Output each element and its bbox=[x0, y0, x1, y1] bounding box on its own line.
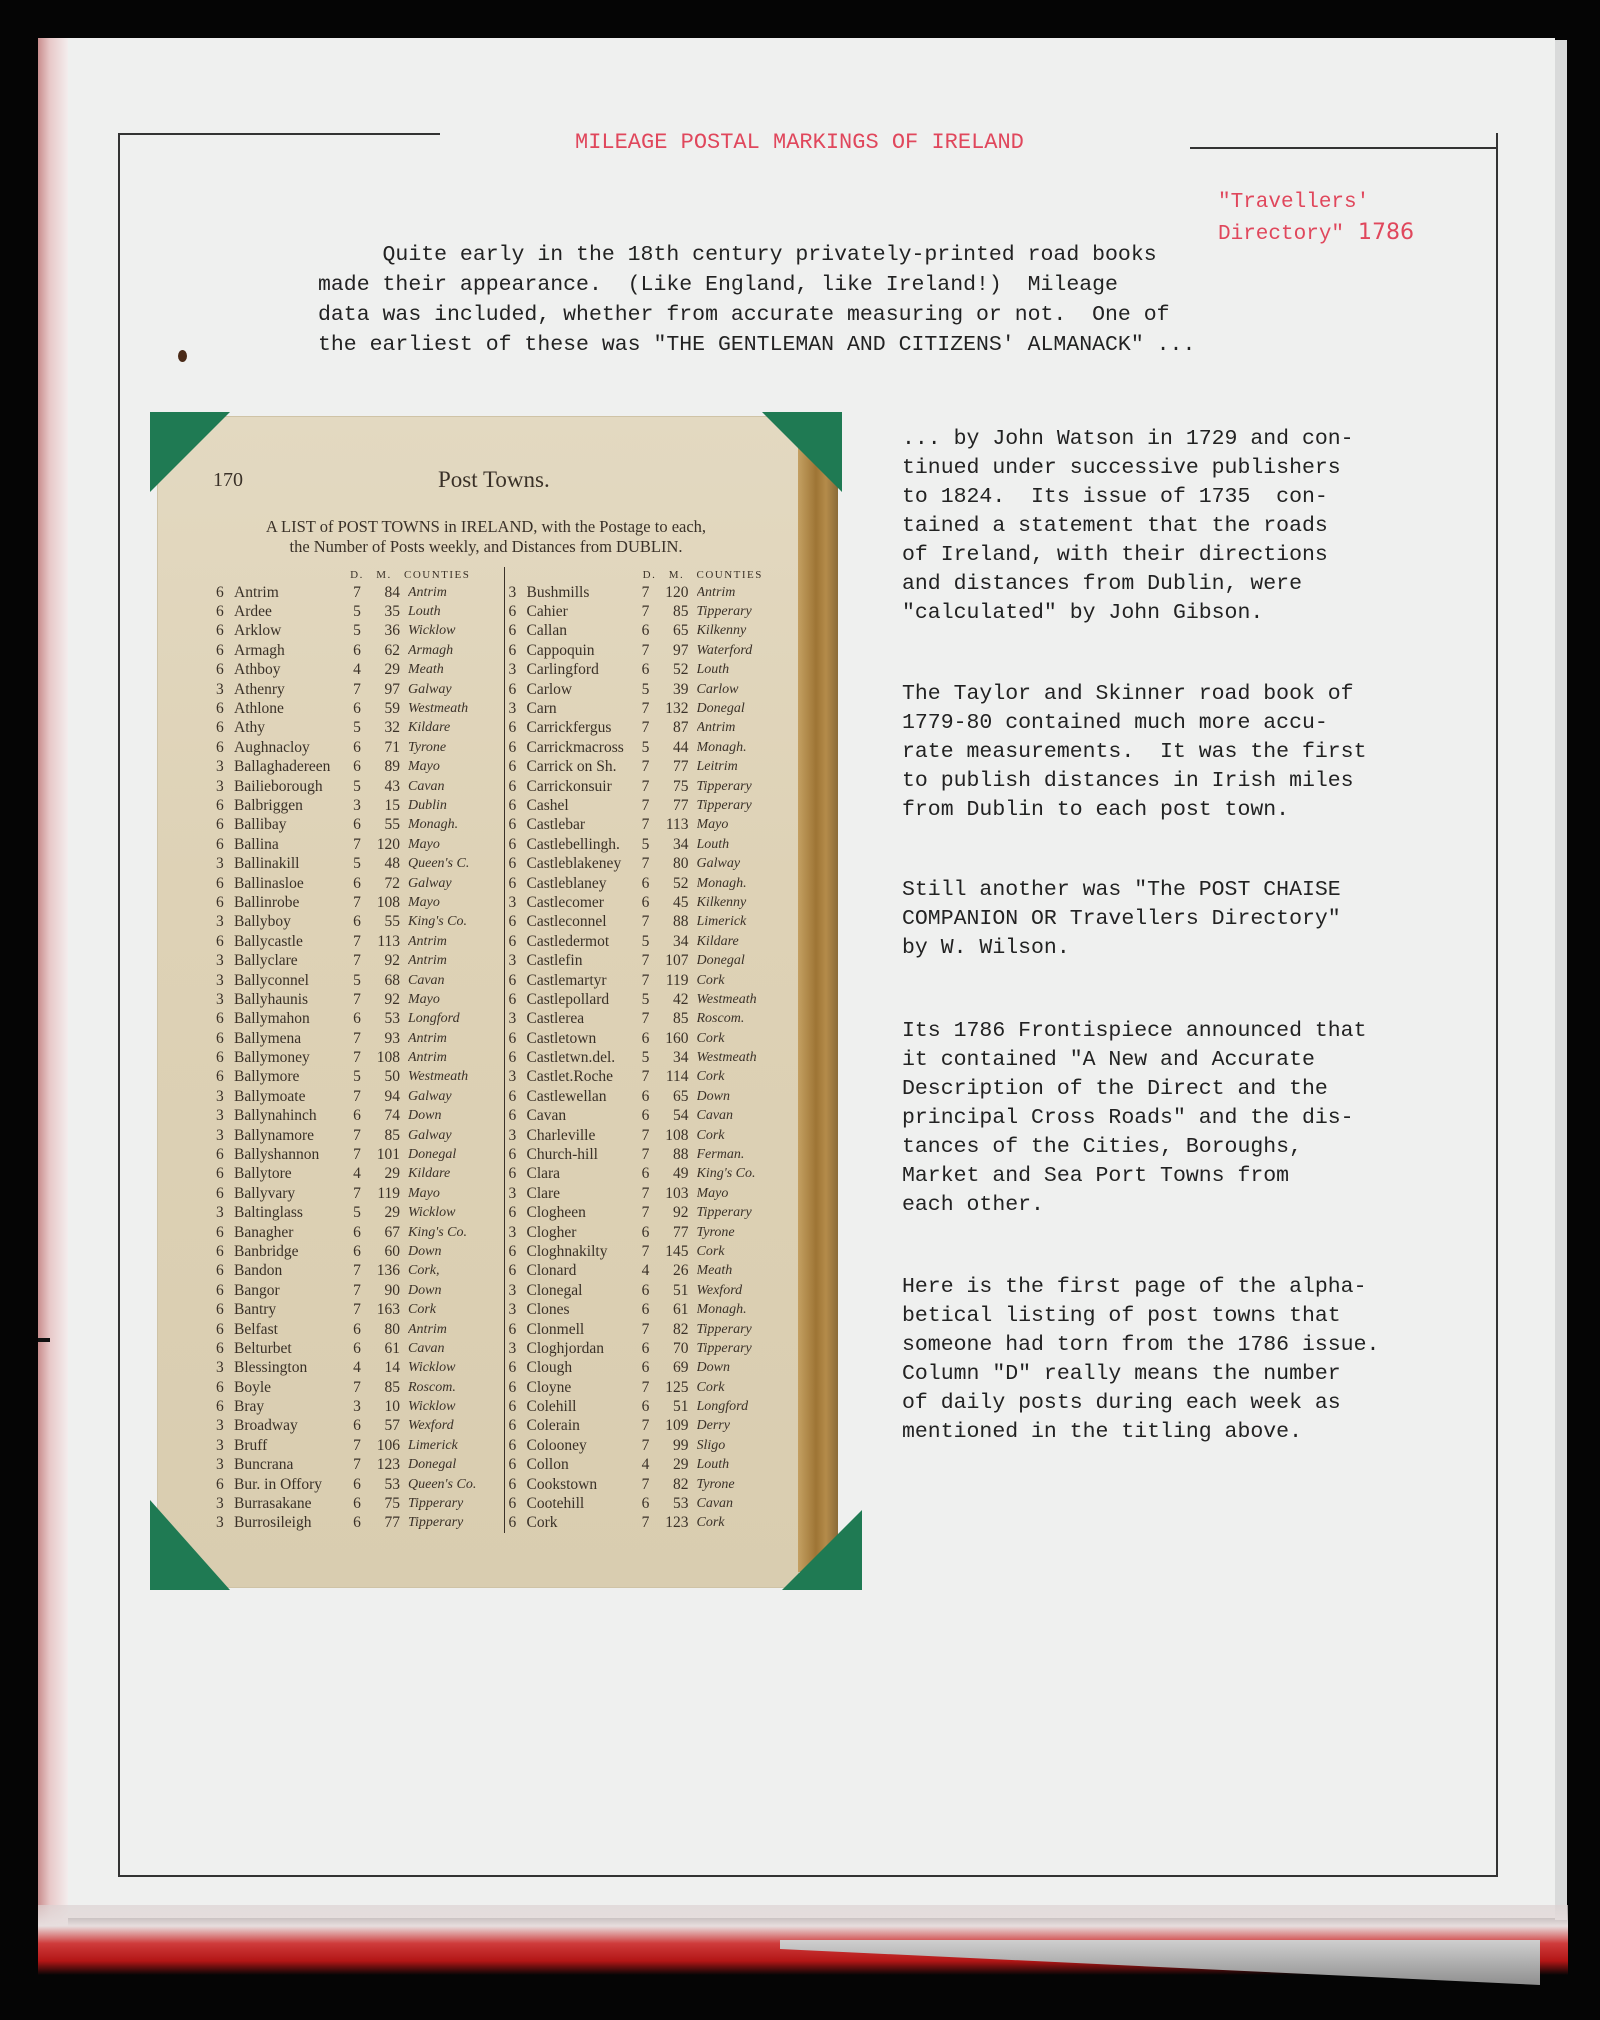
table-row: 6Ballina7120Mayo bbox=[216, 835, 504, 854]
table-row: 3Ballaghadereen689Mayo bbox=[216, 758, 504, 777]
county-name: Galway bbox=[408, 682, 498, 698]
county-name: King's Co. bbox=[408, 1225, 498, 1241]
miles-from-dublin: 52 bbox=[657, 661, 697, 679]
posts-weekly: 6 bbox=[346, 1224, 368, 1242]
postage-value: 6 bbox=[509, 739, 527, 757]
miles-from-dublin: 108 bbox=[657, 1127, 697, 1145]
posts-weekly: 4 bbox=[635, 1262, 657, 1280]
table-row: 3Clones661Monagh. bbox=[509, 1300, 797, 1319]
postage-value: 6 bbox=[216, 1282, 234, 1300]
town-name: Carlingford bbox=[527, 661, 635, 679]
table-row: 6Boyle785Roscom. bbox=[216, 1378, 504, 1397]
posts-weekly: 7 bbox=[346, 1127, 368, 1145]
posts-weekly: 7 bbox=[635, 1127, 657, 1145]
miles-from-dublin: 51 bbox=[657, 1398, 697, 1416]
town-name: Cork bbox=[527, 1514, 635, 1532]
postage-value: 3 bbox=[509, 894, 527, 912]
county-name: Tipperary bbox=[697, 779, 787, 795]
postage-value: 6 bbox=[216, 1301, 234, 1319]
county-name: Tipperary bbox=[697, 798, 787, 814]
postage-value: 3 bbox=[216, 1456, 234, 1474]
table-row: 3Athenry797Galway bbox=[216, 680, 504, 699]
postage-value: 6 bbox=[509, 1146, 527, 1164]
posts-weekly: 6 bbox=[635, 875, 657, 893]
posts-weekly: 7 bbox=[635, 913, 657, 931]
miles-from-dublin: 53 bbox=[368, 1010, 408, 1028]
county-name: Antrim bbox=[408, 953, 498, 969]
posts-weekly: 5 bbox=[346, 622, 368, 640]
county-name: Westmeath bbox=[697, 1050, 787, 1066]
table-row: 6Athboy429Meath bbox=[216, 661, 504, 680]
table-row: 6Colooney799Sligo bbox=[509, 1436, 797, 1455]
postage-value: 3 bbox=[216, 972, 234, 990]
miles-from-dublin: 120 bbox=[368, 836, 408, 854]
town-name: Clones bbox=[527, 1301, 635, 1319]
miles-from-dublin: 119 bbox=[368, 1185, 408, 1203]
county-name: Down bbox=[697, 1089, 787, 1105]
table-row: 6Carrickmacross544Monagh. bbox=[509, 738, 797, 757]
county-name: Kildare bbox=[697, 934, 787, 950]
town-name: Ballibay bbox=[234, 816, 346, 834]
table-row: 3Cloghjordan670Tipperary bbox=[509, 1339, 797, 1358]
posts-weekly: 7 bbox=[346, 1456, 368, 1474]
clipping-paper: 170 Post Towns. A LIST of POST TOWNS in … bbox=[158, 417, 798, 1587]
town-name: Ardee bbox=[234, 603, 346, 621]
county-name: Limerick bbox=[697, 914, 787, 930]
page-title: MILEAGE POSTAL MARKINGS OF IRELAND bbox=[575, 130, 1024, 155]
postage-value: 3 bbox=[509, 1068, 527, 1086]
table-row: 6Carrickfergus787Antrim bbox=[509, 719, 797, 738]
county-name: Monagh. bbox=[697, 876, 787, 892]
miles-from-dublin: 45 bbox=[657, 894, 697, 912]
posts-weekly: 7 bbox=[635, 1185, 657, 1203]
posts-weekly: 6 bbox=[346, 875, 368, 893]
town-name: Ballyshannon bbox=[234, 1146, 346, 1164]
posts-weekly: 7 bbox=[635, 758, 657, 776]
miles-from-dublin: 74 bbox=[368, 1107, 408, 1125]
town-name: Baltinglass bbox=[234, 1204, 346, 1222]
county-name: Cavan bbox=[697, 1496, 787, 1512]
posts-weekly: 6 bbox=[635, 894, 657, 912]
table-row: 6Clonmell782Tipperary bbox=[509, 1320, 797, 1339]
table-row: 6Cappoquin797Waterford bbox=[509, 641, 797, 660]
miles-from-dublin: 36 bbox=[368, 622, 408, 640]
posts-weekly: 6 bbox=[635, 1340, 657, 1358]
miles-from-dublin: 82 bbox=[657, 1476, 697, 1494]
county-name: Kilkenny bbox=[697, 623, 787, 639]
town-name: Ballymahon bbox=[234, 1010, 346, 1028]
town-name: Castleblaney bbox=[527, 875, 635, 893]
table-row: 6Colerain7109Derry bbox=[509, 1417, 797, 1436]
town-name: Clough bbox=[527, 1359, 635, 1377]
posts-weekly: 5 bbox=[346, 1204, 368, 1222]
posts-weekly: 6 bbox=[346, 739, 368, 757]
town-name: Carrickmacross bbox=[527, 739, 635, 757]
postage-value: 6 bbox=[216, 1224, 234, 1242]
photo-corner-top-left bbox=[150, 412, 230, 492]
town-name: Ballinasloe bbox=[234, 875, 346, 893]
town-name: Castlebellingh. bbox=[527, 836, 635, 854]
posts-weekly: 7 bbox=[635, 584, 657, 602]
posts-weekly: 6 bbox=[635, 1088, 657, 1106]
county-name: Wexford bbox=[408, 1418, 498, 1434]
paragraph-watson: ... by John Watson in 1729 and con- tinu… bbox=[902, 425, 1354, 628]
miles-from-dublin: 55 bbox=[368, 913, 408, 931]
postage-value: 6 bbox=[509, 1262, 527, 1280]
county-name: Tipperary bbox=[697, 1341, 787, 1357]
miles-from-dublin: 123 bbox=[657, 1514, 697, 1532]
postage-value: 6 bbox=[509, 1495, 527, 1513]
table-row: 6Bandon7136Cork, bbox=[216, 1262, 504, 1281]
county-name: Leitrim bbox=[697, 759, 787, 775]
posts-weekly: 7 bbox=[346, 1437, 368, 1455]
posts-weekly: 7 bbox=[635, 1321, 657, 1339]
town-name: Belfast bbox=[234, 1321, 346, 1339]
postage-value: 6 bbox=[216, 1243, 234, 1261]
county-name: Mayo bbox=[408, 992, 498, 1008]
side-note-year: 1786 bbox=[1358, 220, 1414, 245]
county-name: Kilkenny bbox=[697, 895, 787, 911]
postage-value: 3 bbox=[509, 1282, 527, 1300]
county-name: Tipperary bbox=[408, 1515, 498, 1531]
postage-value: 3 bbox=[216, 1437, 234, 1455]
county-name: Meath bbox=[408, 662, 498, 678]
post-towns-table: D.M.COUNTIES 6Antrim784Antrim6Ardee535Lo… bbox=[216, 567, 796, 1533]
posts-weekly: 6 bbox=[346, 642, 368, 660]
postage-value: 6 bbox=[216, 1165, 234, 1183]
town-name: Boyle bbox=[234, 1379, 346, 1397]
posts-weekly: 4 bbox=[635, 1456, 657, 1474]
miles-from-dublin: 65 bbox=[657, 1088, 697, 1106]
county-name: Westmeath bbox=[408, 1069, 498, 1085]
table-row: 6Cahier785Tipperary bbox=[509, 602, 797, 621]
county-name: Down bbox=[408, 1108, 498, 1124]
posts-weekly: 7 bbox=[346, 894, 368, 912]
table-row: 6Banbridge660Down bbox=[216, 1242, 504, 1261]
county-name: Down bbox=[697, 1360, 787, 1376]
table-row: 6Cashel777Tipperary bbox=[509, 796, 797, 815]
posts-weekly: 5 bbox=[635, 681, 657, 699]
table-row: 6Castleconnel788Limerick bbox=[509, 913, 797, 932]
table-row: 3Clonegal651Wexford bbox=[509, 1281, 797, 1300]
miles-from-dublin: 59 bbox=[368, 700, 408, 718]
town-name: Ballyconnel bbox=[234, 972, 346, 990]
postage-value: 6 bbox=[216, 1049, 234, 1067]
miles-from-dublin: 77 bbox=[657, 797, 697, 815]
table-header: D.M.COUNTIES bbox=[216, 567, 504, 583]
postage-value: 6 bbox=[509, 1088, 527, 1106]
county-name: Mayo bbox=[697, 817, 787, 833]
miles-from-dublin: 48 bbox=[368, 855, 408, 873]
postage-value: 6 bbox=[216, 1379, 234, 1397]
town-name: Banbridge bbox=[234, 1243, 346, 1261]
miles-from-dublin: 77 bbox=[657, 1224, 697, 1242]
clipping-subtitle: A LIST of POST TOWNS in IRELAND, with th… bbox=[186, 517, 786, 557]
posts-weekly: 6 bbox=[635, 1398, 657, 1416]
miles-from-dublin: 61 bbox=[657, 1301, 697, 1319]
county-name: Galway bbox=[697, 856, 787, 872]
postage-value: 6 bbox=[216, 739, 234, 757]
postage-value: 6 bbox=[216, 1476, 234, 1494]
town-name: Cashel bbox=[527, 797, 635, 815]
postage-value: 6 bbox=[509, 875, 527, 893]
table-row: 3Charleville7108Cork bbox=[509, 1126, 797, 1145]
table-row: 3Ballymoate794Galway bbox=[216, 1087, 504, 1106]
town-name: Castlet.Roche bbox=[527, 1068, 635, 1086]
county-name: Tipperary bbox=[408, 1496, 498, 1512]
miles-from-dublin: 145 bbox=[657, 1243, 697, 1261]
table-row: 6Ballymena793Antrim bbox=[216, 1029, 504, 1048]
town-name: Carn bbox=[527, 700, 635, 718]
table-row: 6Cookstown782Tyrone bbox=[509, 1475, 797, 1494]
postage-value: 6 bbox=[509, 1476, 527, 1494]
table-row: 6Ballibay655Monagh. bbox=[216, 816, 504, 835]
posts-weekly: 6 bbox=[346, 700, 368, 718]
photo-corner-bottom-right bbox=[782, 1510, 862, 1590]
posts-weekly: 7 bbox=[635, 719, 657, 737]
postage-value: 6 bbox=[216, 1030, 234, 1048]
town-name: Clonmell bbox=[527, 1321, 635, 1339]
posts-weekly: 7 bbox=[635, 1010, 657, 1028]
table-row: 3Castlerea785Roscom. bbox=[509, 1010, 797, 1029]
posts-weekly: 7 bbox=[635, 1514, 657, 1532]
miles-from-dublin: 34 bbox=[657, 933, 697, 951]
posts-weekly: 5 bbox=[635, 933, 657, 951]
town-name: Castleconnel bbox=[527, 913, 635, 931]
county-name: Cork bbox=[697, 1515, 787, 1531]
miles-from-dublin: 85 bbox=[657, 603, 697, 621]
county-name: Mayo bbox=[697, 1186, 787, 1202]
postage-value: 6 bbox=[509, 1359, 527, 1377]
postage-value: 6 bbox=[216, 1185, 234, 1203]
miles-from-dublin: 108 bbox=[368, 1049, 408, 1067]
county-name: Galway bbox=[408, 1089, 498, 1105]
miles-from-dublin: 80 bbox=[657, 855, 697, 873]
town-name: Cappoquin bbox=[527, 642, 635, 660]
postage-value: 3 bbox=[216, 1088, 234, 1106]
town-name: Ballaghadereen bbox=[234, 758, 346, 776]
miles-from-dublin: 39 bbox=[657, 681, 697, 699]
posts-weekly: 7 bbox=[635, 972, 657, 990]
posts-weekly: 7 bbox=[346, 1088, 368, 1106]
town-name: Cahier bbox=[527, 603, 635, 621]
county-name: Armagh bbox=[408, 643, 498, 659]
town-name: Ballytore bbox=[234, 1165, 346, 1183]
table-row: 6Carrick on Sh.777Leitrim bbox=[509, 758, 797, 777]
table-row: 3Carlingford652Louth bbox=[509, 661, 797, 680]
table-row: 6Carrickonsuir775Tipperary bbox=[509, 777, 797, 796]
postage-value: 6 bbox=[509, 1243, 527, 1261]
county-name: Cork bbox=[697, 1128, 787, 1144]
town-name: Antrim bbox=[234, 584, 346, 602]
table-row: 3Castlefin7107Donegal bbox=[509, 951, 797, 970]
miles-from-dublin: 108 bbox=[368, 894, 408, 912]
postage-value: 3 bbox=[509, 700, 527, 718]
postage-value: 6 bbox=[216, 1340, 234, 1358]
miles-from-dublin: 113 bbox=[657, 816, 697, 834]
county-name: Westmeath bbox=[408, 701, 498, 717]
town-name: Athlone bbox=[234, 700, 346, 718]
table-row: 3Blessington414Wicklow bbox=[216, 1359, 504, 1378]
table-row: 6Castlemartyr7119Cork bbox=[509, 971, 797, 990]
posts-weekly: 6 bbox=[346, 1010, 368, 1028]
county-name: Antrim bbox=[408, 1322, 498, 1338]
town-name: Ballinakill bbox=[234, 855, 346, 873]
postage-value: 6 bbox=[216, 816, 234, 834]
table-row: 6Balbriggen315Dublin bbox=[216, 796, 504, 815]
county-name: Wexford bbox=[697, 1283, 787, 1299]
table-row: 6Ballyshannon7101Donegal bbox=[216, 1145, 504, 1164]
table-row: 6Colehill651Longford bbox=[509, 1397, 797, 1416]
town-name: Castletwn.del. bbox=[527, 1049, 635, 1067]
miles-from-dublin: 57 bbox=[368, 1417, 408, 1435]
posts-weekly: 7 bbox=[346, 1379, 368, 1397]
postage-value: 3 bbox=[216, 758, 234, 776]
town-name: Cloghnakilty bbox=[527, 1243, 635, 1261]
county-name: Kildare bbox=[408, 720, 498, 736]
miles-from-dublin: 99 bbox=[657, 1437, 697, 1455]
postage-value: 6 bbox=[509, 933, 527, 951]
county-name: Cavan bbox=[697, 1108, 787, 1124]
posts-weekly: 5 bbox=[346, 1068, 368, 1086]
town-name: Bantry bbox=[234, 1301, 346, 1319]
table-row: 3Ballinakill548Queen's C. bbox=[216, 854, 504, 873]
county-name: Longford bbox=[697, 1399, 787, 1415]
postage-value: 6 bbox=[509, 797, 527, 815]
town-name: Ballymoney bbox=[234, 1049, 346, 1067]
postage-value: 6 bbox=[216, 1262, 234, 1280]
town-name: Bangor bbox=[234, 1282, 346, 1300]
posts-weekly: 6 bbox=[635, 1030, 657, 1048]
miles-from-dublin: 55 bbox=[368, 816, 408, 834]
county-name: Mayo bbox=[408, 759, 498, 775]
miles-from-dublin: 10 bbox=[368, 1398, 408, 1416]
posts-weekly: 6 bbox=[635, 1359, 657, 1377]
table-row: 6Clara649King's Co. bbox=[509, 1165, 797, 1184]
table-row: 3Burrosileigh677Tipperary bbox=[216, 1514, 504, 1533]
miles-from-dublin: 42 bbox=[657, 991, 697, 1009]
miles-from-dublin: 35 bbox=[368, 603, 408, 621]
postage-value: 3 bbox=[509, 1185, 527, 1203]
miles-from-dublin: 32 bbox=[368, 719, 408, 737]
table-row: 3Clare7103Mayo bbox=[509, 1184, 797, 1203]
table-row: 6Ballycastle7113Antrim bbox=[216, 932, 504, 951]
county-name: Cork bbox=[697, 1244, 787, 1260]
postage-value: 6 bbox=[509, 836, 527, 854]
county-name: Tyrone bbox=[697, 1477, 787, 1493]
posts-weekly: 7 bbox=[635, 642, 657, 660]
postage-value: 6 bbox=[509, 1204, 527, 1222]
table-row: 6Athy532Kildare bbox=[216, 719, 504, 738]
town-name: Ballynahinch bbox=[234, 1107, 346, 1125]
town-name: Carrickonsuir bbox=[527, 778, 635, 796]
postage-value: 6 bbox=[216, 1010, 234, 1028]
paragraph-first-page: Here is the first page of the alpha- bet… bbox=[902, 1273, 1379, 1447]
town-name: Clara bbox=[527, 1165, 635, 1183]
left-edge-mark bbox=[38, 1338, 50, 1342]
postage-value: 3 bbox=[216, 855, 234, 873]
county-name: Donegal bbox=[697, 953, 787, 969]
county-name: Galway bbox=[408, 876, 498, 892]
town-name: Bruff bbox=[234, 1437, 346, 1455]
table-row: 6Castlepollard542Westmeath bbox=[509, 990, 797, 1009]
table-row: 6Cloyne7125Cork bbox=[509, 1378, 797, 1397]
miles-from-dublin: 61 bbox=[368, 1340, 408, 1358]
miles-from-dublin: 163 bbox=[368, 1301, 408, 1319]
postage-value: 6 bbox=[509, 1514, 527, 1532]
postage-value: 6 bbox=[216, 875, 234, 893]
county-name: Louth bbox=[697, 837, 787, 853]
postage-value: 6 bbox=[509, 642, 527, 660]
table-row: 6Callan665Kilkenny bbox=[509, 622, 797, 641]
postage-value: 6 bbox=[509, 1321, 527, 1339]
town-name: Armagh bbox=[234, 642, 346, 660]
miles-from-dublin: 90 bbox=[368, 1282, 408, 1300]
county-name: Longford bbox=[408, 1011, 498, 1027]
postage-value: 3 bbox=[509, 661, 527, 679]
miles-from-dublin: 93 bbox=[368, 1030, 408, 1048]
table-row: 6Belfast680Antrim bbox=[216, 1320, 504, 1339]
county-name: Tyrone bbox=[408, 740, 498, 756]
table-column-right: D.M.COUNTIES 3Bushmills7120Antrim6Cahier… bbox=[504, 567, 797, 1533]
postage-value: 6 bbox=[509, 778, 527, 796]
miles-from-dublin: 43 bbox=[368, 778, 408, 796]
posts-weekly: 7 bbox=[635, 700, 657, 718]
miles-from-dublin: 26 bbox=[657, 1262, 697, 1280]
postage-value: 3 bbox=[216, 778, 234, 796]
posts-weekly: 5 bbox=[635, 739, 657, 757]
postage-value: 6 bbox=[216, 933, 234, 951]
table-row: 3Buncrana7123Donegal bbox=[216, 1456, 504, 1475]
county-name: Antrim bbox=[408, 585, 498, 601]
posts-weekly: 7 bbox=[346, 681, 368, 699]
miles-from-dublin: 52 bbox=[657, 875, 697, 893]
posts-weekly: 6 bbox=[635, 661, 657, 679]
table-row: 6Cloghnakilty7145Cork bbox=[509, 1242, 797, 1261]
town-name: Cloyne bbox=[527, 1379, 635, 1397]
town-name: Carrick on Sh. bbox=[527, 758, 635, 776]
miles-from-dublin: 80 bbox=[368, 1321, 408, 1339]
miles-from-dublin: 123 bbox=[368, 1456, 408, 1474]
posts-weekly: 7 bbox=[635, 952, 657, 970]
town-name: Cavan bbox=[527, 1107, 635, 1125]
posts-weekly: 6 bbox=[346, 1243, 368, 1261]
paragraph-taylor-skinner: The Taylor and Skinner road book of 1779… bbox=[902, 680, 1366, 825]
town-name: Ballyboy bbox=[234, 913, 346, 931]
town-name: Ballymena bbox=[234, 1030, 346, 1048]
posts-weekly: 6 bbox=[346, 1321, 368, 1339]
paragraph-frontispiece: Its 1786 Frontispiece announced that it … bbox=[902, 1017, 1366, 1220]
postage-value: 6 bbox=[509, 1107, 527, 1125]
table-row: 6Cootehill653Cavan bbox=[509, 1494, 797, 1513]
town-name: Cloghjordan bbox=[527, 1340, 635, 1358]
miles-from-dublin: 101 bbox=[368, 1146, 408, 1164]
postage-value: 6 bbox=[216, 719, 234, 737]
county-name: Tipperary bbox=[697, 1205, 787, 1221]
posts-weekly: 6 bbox=[635, 622, 657, 640]
town-name: Athy bbox=[234, 719, 346, 737]
postage-value: 6 bbox=[216, 894, 234, 912]
town-name: Carrickfergus bbox=[527, 719, 635, 737]
table-row: 3Ballyconnel568Cavan bbox=[216, 971, 504, 990]
county-name: Westmeath bbox=[697, 992, 787, 1008]
table-row: 3Ballyclare792Antrim bbox=[216, 951, 504, 970]
county-name: Monagh. bbox=[697, 1302, 787, 1318]
county-name: Antrim bbox=[408, 1031, 498, 1047]
miles-from-dublin: 60 bbox=[368, 1243, 408, 1261]
postage-value: 6 bbox=[509, 1030, 527, 1048]
table-row: 6Castleblakeney780Galway bbox=[509, 854, 797, 873]
